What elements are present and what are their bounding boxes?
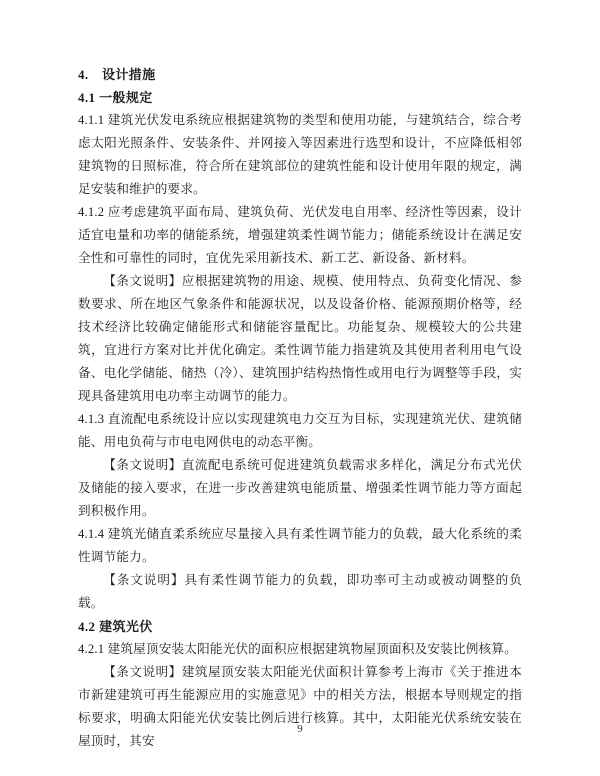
clause-note-4-1-3: 【条文说明】直流配电系统可促进建筑负载需求多样化，满足分布式光伏及储能的接入要求… <box>78 454 522 523</box>
clause-4-1-4: 4.1.4 建筑光储直柔系统应尽量接入具有柔性调节能力的负载，最大化系统的柔性调… <box>78 523 522 569</box>
clause-4-2-1: 4.2.1 建筑屋顶安装太阳能光伏的面积应根据建筑物屋顶面积及安装比例核算。 <box>78 638 522 661</box>
section-4-1-heading: 4.1 一般规定 <box>78 86 522 109</box>
clause-4-1-3: 4.1.3 直流配电系统设计应以实现建筑电力交互为目标，实现建筑光伏、建筑储能、… <box>78 408 522 454</box>
clause-note-4-1-2: 【条文说明】应根据建筑物的用途、规模、使用特点、负荷变化情况、参数要求、所在地区… <box>78 270 522 408</box>
section-4-2-heading: 4.2 建筑光伏 <box>78 615 522 638</box>
document-body: 4. 设计措施 4.1 一般规定 4.1.1 建筑光伏发电系统应根据建筑物的类型… <box>78 63 522 753</box>
clause-4-1-1: 4.1.1 建筑光伏发电系统应根据建筑物的类型和使用功能，与建筑结合，综合考虑太… <box>78 109 522 201</box>
clause-note-4-1-4: 【条文说明】具有柔性调节能力的负载，即功率可主动或被动调整的负载。 <box>78 569 522 615</box>
page-number: 9 <box>0 722 600 736</box>
clause-4-1-2: 4.1.2 应考虑建筑平面布局、建筑负荷、光伏发电自用率、经济性等因素，设计适宜… <box>78 201 522 270</box>
document-page: 4. 设计措施 4.1 一般规定 4.1.1 建筑光伏发电系统应根据建筑物的类型… <box>0 0 600 776</box>
clause-note-4-2-1: 【条文说明】建筑屋顶安装太阳能光伏面积计算参考上海市《关于推进本市新建建筑可再生… <box>78 661 522 753</box>
chapter-4-heading: 4. 设计措施 <box>78 63 522 86</box>
